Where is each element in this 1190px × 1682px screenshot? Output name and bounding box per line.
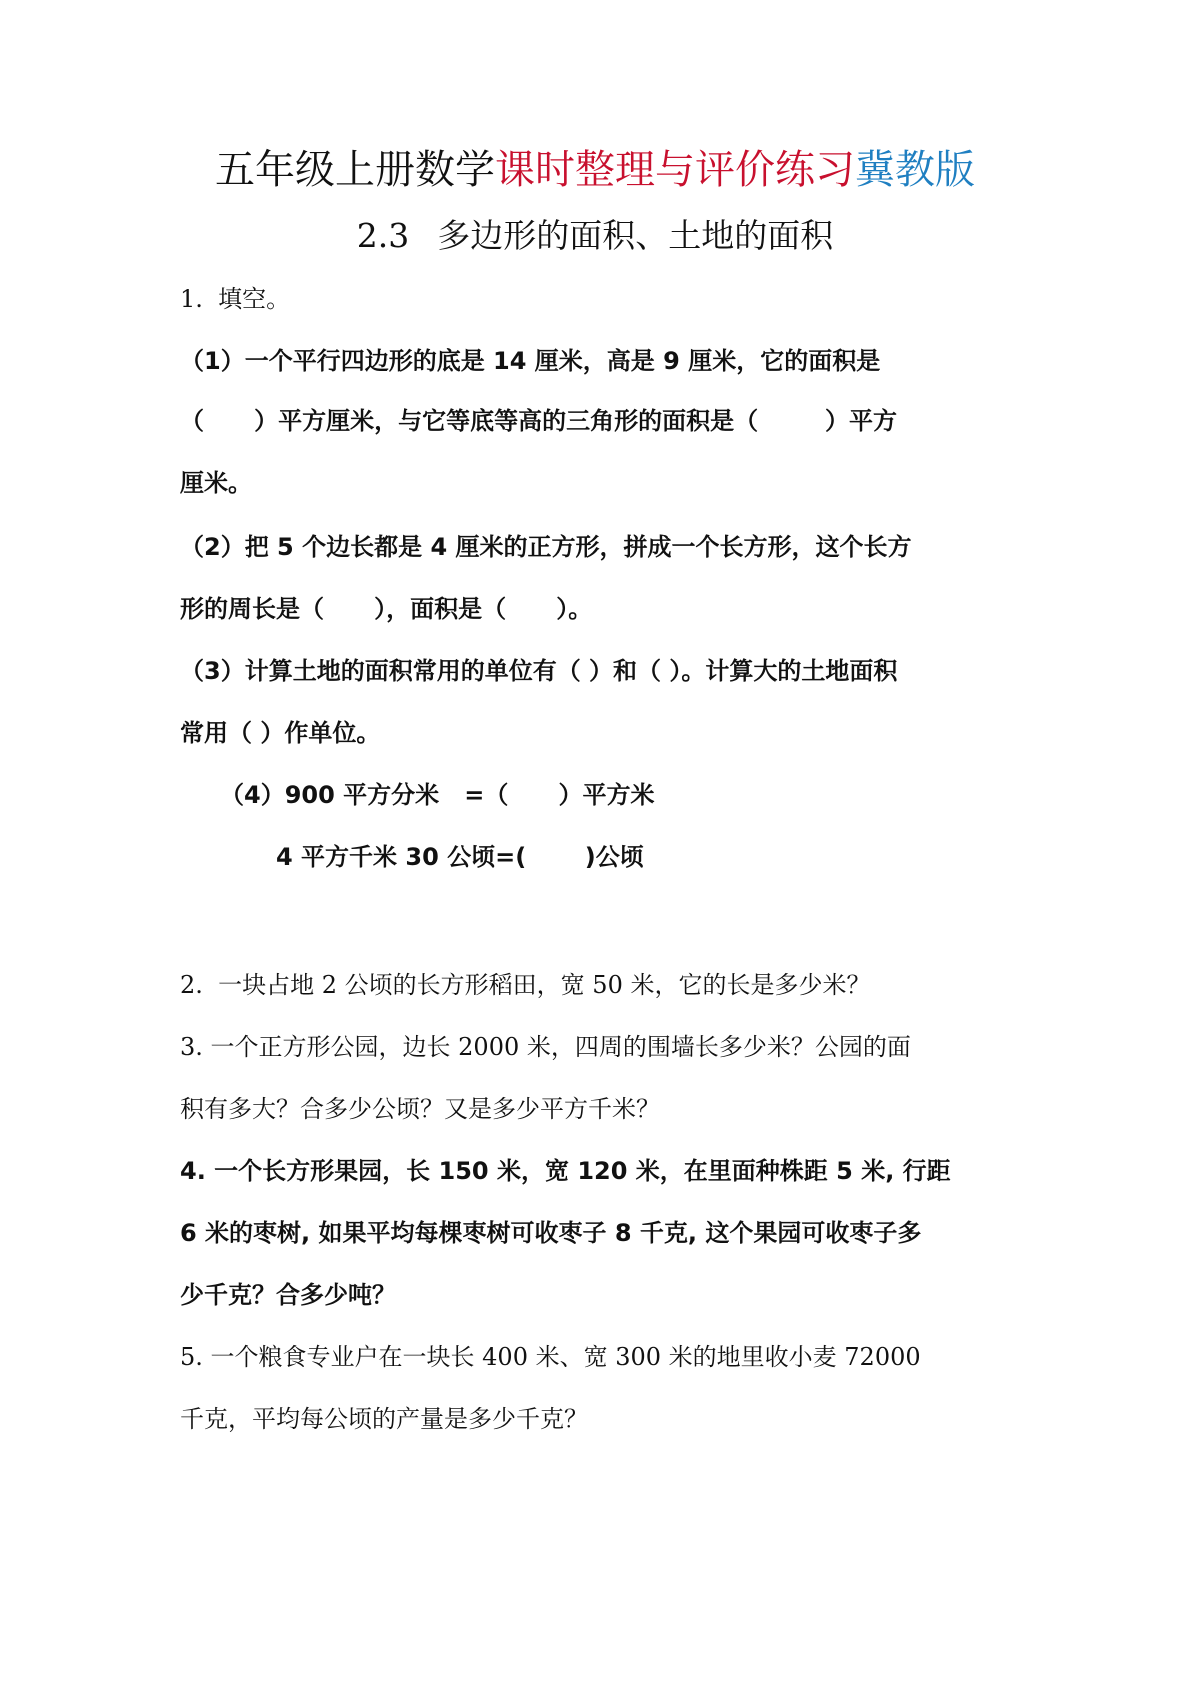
q3-line-2: 常用（ ）作单位。: [180, 716, 380, 750]
worksheet-page: 五年级上册数学课时整理与评价练习冀教版 2.3多边形的面积、土地的面积 1. 填…: [0, 0, 1190, 1682]
q4-line-1: （4）900 平方分米 =（ ）平方米: [220, 778, 654, 812]
title-grade-subject: 五年级上册数学: [215, 147, 495, 193]
section-1-heading: 1. 填空。: [180, 282, 290, 316]
problem-3-line-2: 积有多大？合多少公顷？又是多少平方千米？: [180, 1092, 660, 1126]
q1-line-2: （ ）平方厘米，与它等底等高的三角形的面积是（ ）平方: [180, 404, 897, 438]
problem-4-line-2: 6 米的枣树, 如果平均每棵枣树可收枣子 8 千克, 这个果园可收枣子多: [180, 1216, 921, 1250]
lesson-name: 多边形的面积、土地的面积: [437, 216, 833, 255]
q2-line-1: （2）把 5 个边长都是 4 厘米的正方形，拼成一个长方形，这个长方: [180, 530, 912, 564]
problem-3-line-1: 3. 一个正方形公园，边长 2000 米，四周的围墙长多少米？公园的面: [180, 1030, 911, 1064]
problem-4-line-3: 少千克？合多少吨？: [180, 1278, 396, 1312]
q2-line-2: 形的周长是（ ），面积是（ ）。: [180, 592, 592, 626]
lesson-number: 2.3: [357, 216, 409, 255]
q1-line-1: （1）一个平行四边形的底是 14 厘米，高是 9 厘米，它的面积是: [180, 344, 880, 378]
title-edition: 冀教版: [855, 147, 975, 193]
q1-line-3: 厘米。: [180, 466, 252, 500]
title-series: 课时整理与评价练习: [495, 147, 855, 193]
problem-5-line-2: 千克，平均每公顷的产量是多少千克？: [180, 1402, 588, 1436]
problem-5-line-1: 5. 一个粮食专业户在一块长 400 米、宽 300 米的地里收小麦 72000: [180, 1340, 921, 1374]
lesson-title: 2.3多边形的面积、土地的面积: [0, 214, 1190, 258]
q4-line-2: 4 平方千米 30 公顷=( )公顷: [276, 840, 644, 874]
problem-2-line-1: 2. 一块占地 2 公顷的长方形稻田，宽 50 米，它的长是多少米？: [180, 968, 870, 1002]
worksheet-title: 五年级上册数学课时整理与评价练习冀教版: [0, 146, 1190, 194]
problem-4-line-1: 4. 一个长方形果园，长 150 米，宽 120 米，在里面种株距 5 米, 行…: [180, 1154, 951, 1188]
q3-line-1: （3）计算土地的面积常用的单位有（ ）和（ ）。计算大的土地面积: [180, 654, 897, 688]
